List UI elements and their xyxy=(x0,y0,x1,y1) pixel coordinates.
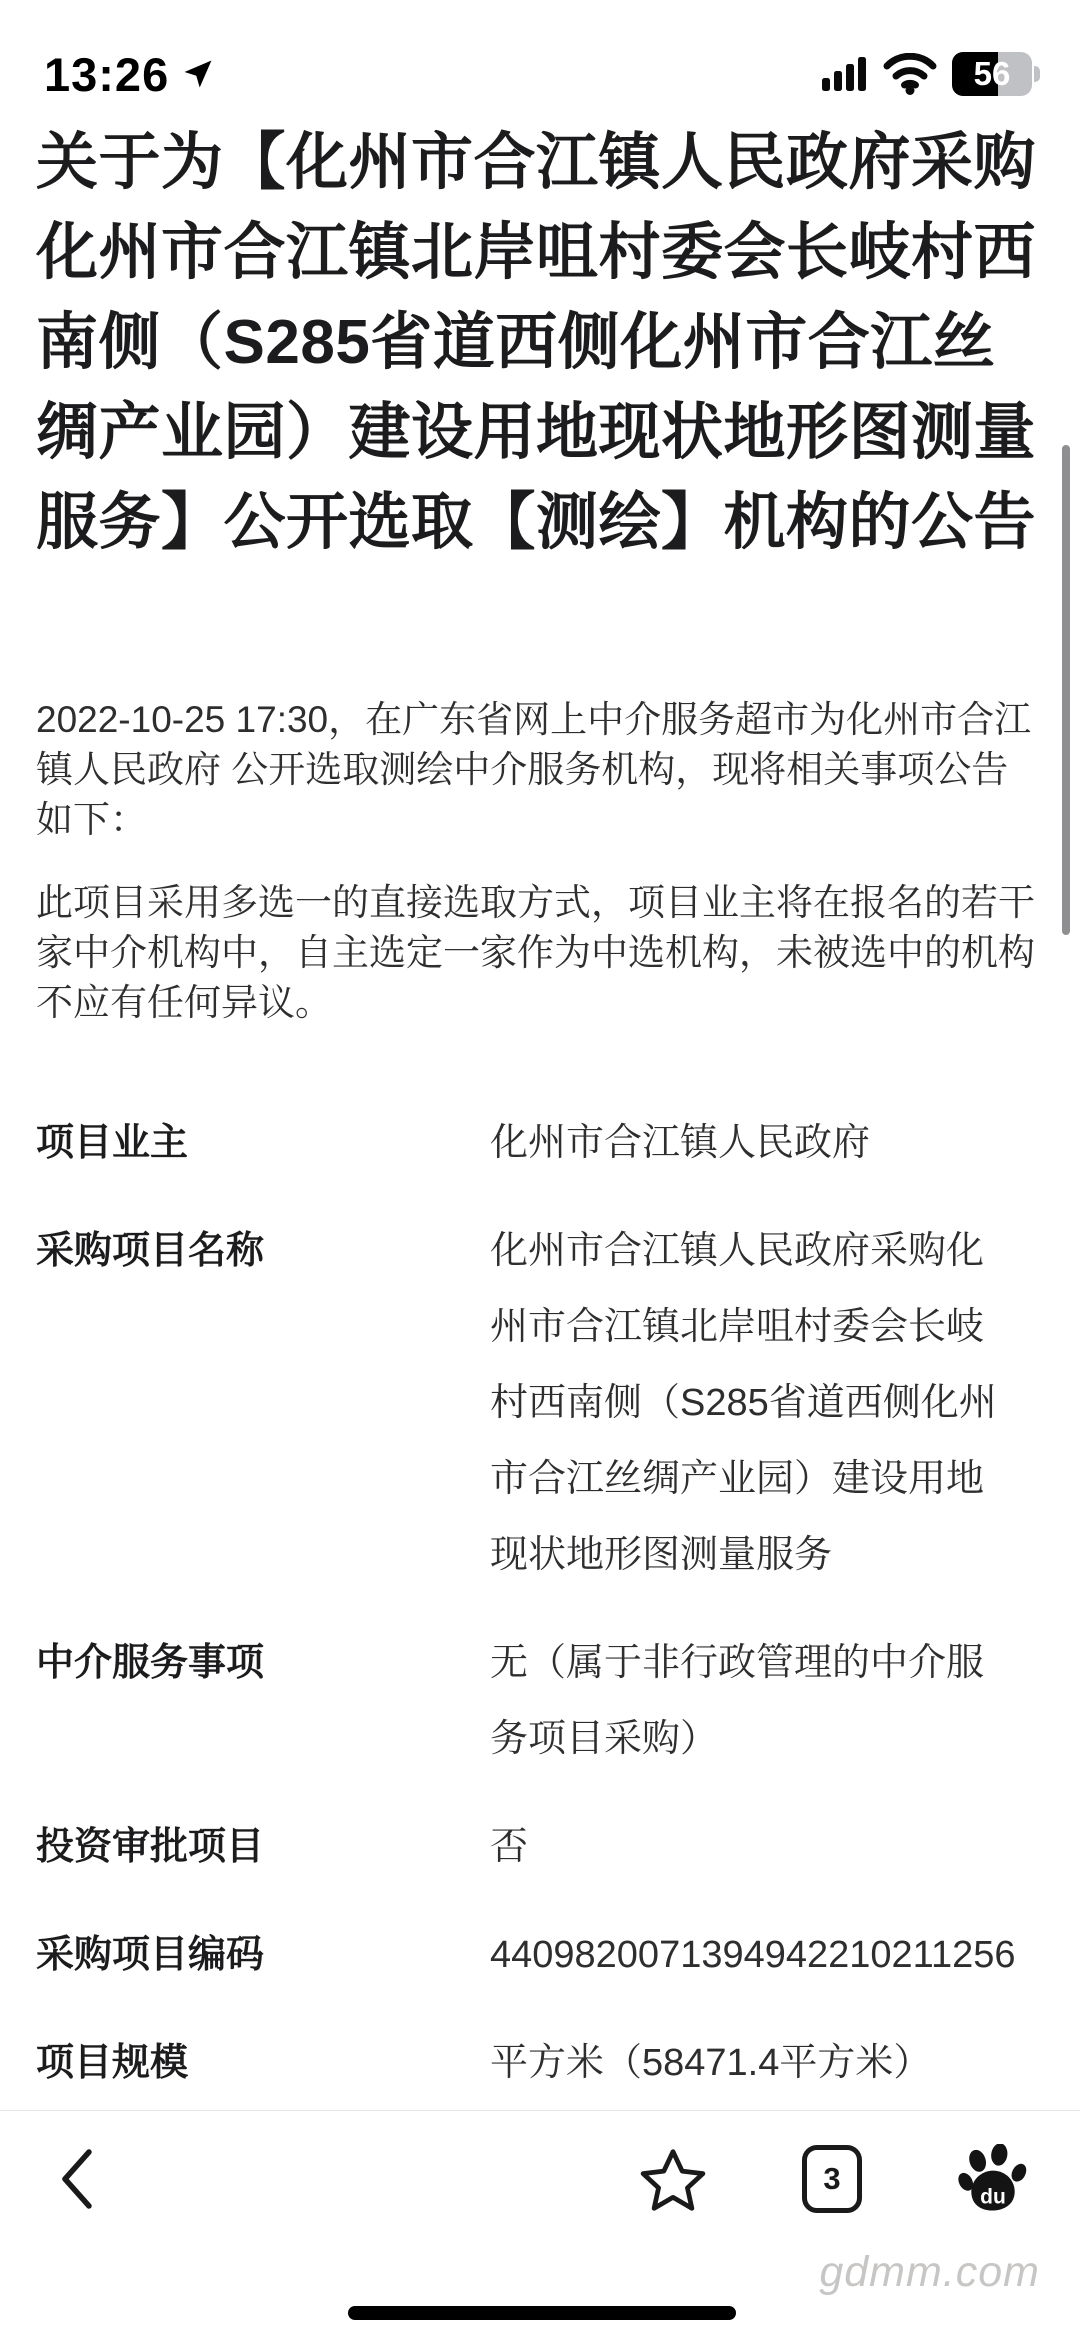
field-value: 化州市合江镇人民政府 xyxy=(490,1105,1044,1181)
battery-percent: 56 xyxy=(952,52,1032,96)
cellular-signal-icon xyxy=(822,57,868,91)
tabs-button[interactable]: 3 xyxy=(802,2145,862,2213)
field-value: 平方米（58471.4平方米） xyxy=(490,2025,1044,2101)
field-label: 投资审批项目 xyxy=(36,1809,490,1885)
field-row-project-scale: 项目规模 平方米（58471.4平方米） xyxy=(36,2025,1044,2101)
tabs-icon: 3 xyxy=(802,2145,862,2213)
project-fields-table: 项目业主 化州市合江镇人民政府 采购项目名称 化州市合江镇人民政府采购化州市合江… xyxy=(36,1105,1044,2101)
field-label: 项目业主 xyxy=(36,1105,490,1181)
field-row-procurement-name: 采购项目名称 化州市合江镇人民政府采购化州市合江镇北岸咀村委会长岐村西南侧（S2… xyxy=(36,1213,1044,1593)
favorite-button[interactable] xyxy=(640,2147,706,2211)
chevron-left-icon xyxy=(56,2147,96,2211)
scrollbar-thumb[interactable] xyxy=(1062,445,1070,935)
toolbar-right-group: 3 du xyxy=(640,2144,1028,2214)
selection-method-paragraph: 此项目采用多选一的直接选取方式，项目业主将在报名的若干家中介机构中，自主选定一家… xyxy=(36,878,1044,1028)
field-row-procurement-code: 采购项目编码 4409820071394942210211256 xyxy=(36,1917,1044,1993)
svg-text:du: du xyxy=(980,2186,1006,2209)
browser-toolbar: 3 du xyxy=(0,2110,1080,2339)
announcement-title: 关于为【化州市合江镇人民政府采购化州市合江镇北岸咀村委会长岐村西南侧（S285省… xyxy=(36,118,1044,568)
home-indicator[interactable] xyxy=(348,2306,736,2320)
clock: 13:26 xyxy=(44,47,169,102)
field-row-agency-service-item: 中介服务事项 无（属于非行政管理的中介服务项目采购） xyxy=(36,1625,1044,1777)
status-bar-left: 13:26 xyxy=(44,47,215,102)
field-label: 项目规模 xyxy=(36,2025,490,2101)
battery-icon: 56 xyxy=(952,52,1040,96)
baidu-app-button[interactable]: du xyxy=(958,2144,1028,2214)
star-icon xyxy=(640,2147,706,2211)
field-value: 4409820071394942210211256 xyxy=(490,1917,1044,1993)
field-row-project-owner: 项目业主 化州市合江镇人民政府 xyxy=(36,1105,1044,1181)
location-arrow-icon xyxy=(181,57,215,91)
field-label: 中介服务事项 xyxy=(36,1625,490,1777)
back-button[interactable] xyxy=(56,2147,96,2211)
field-label: 采购项目编码 xyxy=(36,1917,490,1993)
toolbar-row: 3 du xyxy=(0,2117,1080,2241)
field-value: 无（属于非行政管理的中介服务项目采购） xyxy=(490,1625,1044,1777)
baidu-paw-icon: du xyxy=(958,2144,1028,2214)
phone-screen: 13:26 xyxy=(0,0,1080,2339)
field-label: 采购项目名称 xyxy=(36,1213,490,1593)
wifi-icon xyxy=(883,53,937,95)
announcement-article: 关于为【化州市合江镇人民政府采购化州市合江镇北岸咀村委会长岐村西南侧（S285省… xyxy=(36,118,1044,2101)
battery-nipple xyxy=(1034,66,1040,82)
field-row-investment-approval: 投资审批项目 否 xyxy=(36,1809,1044,1885)
intro-paragraph: 2022-10-25 17:30，在广东省网上中介服务超市为化州市合江镇人民政府… xyxy=(36,695,1044,845)
status-bar: 13:26 xyxy=(0,42,1080,106)
watermark: gdmm.com xyxy=(819,2248,1040,2297)
field-value: 化州市合江镇人民政府采购化州市合江镇北岸咀村委会长岐村西南侧（S285省道西侧化… xyxy=(490,1213,1044,1593)
status-bar-right: 56 xyxy=(822,52,1040,96)
tab-count-badge: 3 xyxy=(823,2161,840,2197)
field-value: 否 xyxy=(490,1809,1044,1885)
